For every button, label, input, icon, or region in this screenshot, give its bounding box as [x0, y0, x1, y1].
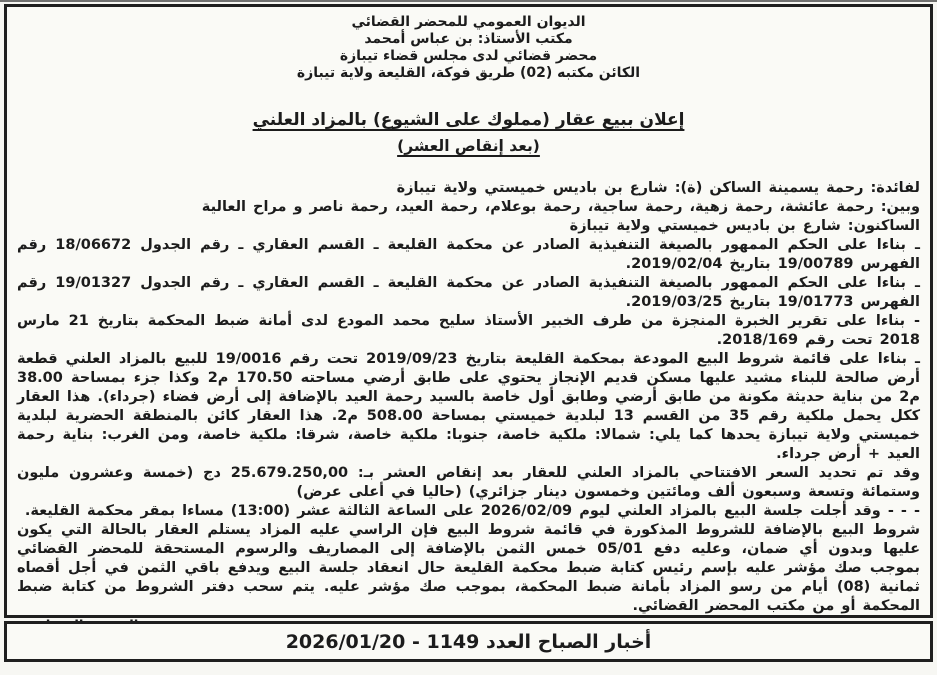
document-frame: الديوان العمومي للمحضر القضائي مكتب الأس… — [4, 4, 933, 618]
paragraph-judgment-2: ـ بناءا على الحكم الممهور بالصيغة التنفي… — [17, 274, 920, 312]
newspaper-footer: أخبار الصباح العدد 1149 - 2026/01/20 — [4, 621, 933, 662]
scan-artifact-line — [0, 0, 937, 2]
paragraph-expert-report: - بناءا على تقرير الخبرة المنجزة من طرف … — [17, 312, 920, 350]
announcement-body: لفائدة: رحمة يسمينة الساكن (ة): شارع بن … — [17, 179, 920, 616]
letterhead-bailiff-name: مكتب الأستاذ: بن عباس أمحمد — [17, 31, 920, 48]
paragraph-opening-price: وقد تم تحديد السعر الافتتاحي بالمزاد الع… — [17, 464, 920, 502]
paragraph-property-description: ـ بناءا على قائمة شروط البيع المودعة بمح… — [17, 350, 920, 464]
announcement-title-block: إعلان ببيع عقار (مملوك على الشيوع) بالمز… — [17, 109, 920, 156]
paragraph-sale-conditions: شروط البيع بالإضافة للشروط المذكورة في ق… — [17, 521, 920, 616]
announcement-subtitle: (بعد إنقاص العشر) — [17, 136, 920, 156]
announcement-title: إعلان ببيع عقار (مملوك على الشيوع) بالمز… — [17, 109, 920, 131]
letterhead-role: محضر قضائي لدى مجلس قضاء تيبازة — [17, 48, 920, 65]
newspaper-issue-line: أخبار الصباح العدد 1149 - 2026/01/20 — [286, 631, 652, 653]
paragraph-parties-address: الساكنون: شارع بن باديس خميستي ولاية تيب… — [17, 217, 920, 236]
paragraph-beneficiary: لفائدة: رحمة يسمينة الساكن (ة): شارع بن … — [17, 179, 920, 198]
scanned-document-page: الديوان العمومي للمحضر القضائي مكتب الأس… — [0, 0, 937, 675]
letterhead: الديوان العمومي للمحضر القضائي مكتب الأس… — [17, 11, 920, 82]
paragraph-session-date: - - - وقد أجلت جلسة البيع بالمزاد العلني… — [17, 502, 920, 521]
paragraph-parties: وبين: رحمة عائشة، رحمة زهية، رحمة ساجية،… — [17, 198, 920, 217]
letterhead-address: الكائن مكتبه (02) طريق فوكة، القليعة ولا… — [17, 65, 920, 82]
letterhead-office-name: الديوان العمومي للمحضر القضائي — [17, 14, 920, 31]
paragraph-judgment-1: ـ بناءا على الحكم الممهور بالصيغة التنفي… — [17, 236, 920, 274]
